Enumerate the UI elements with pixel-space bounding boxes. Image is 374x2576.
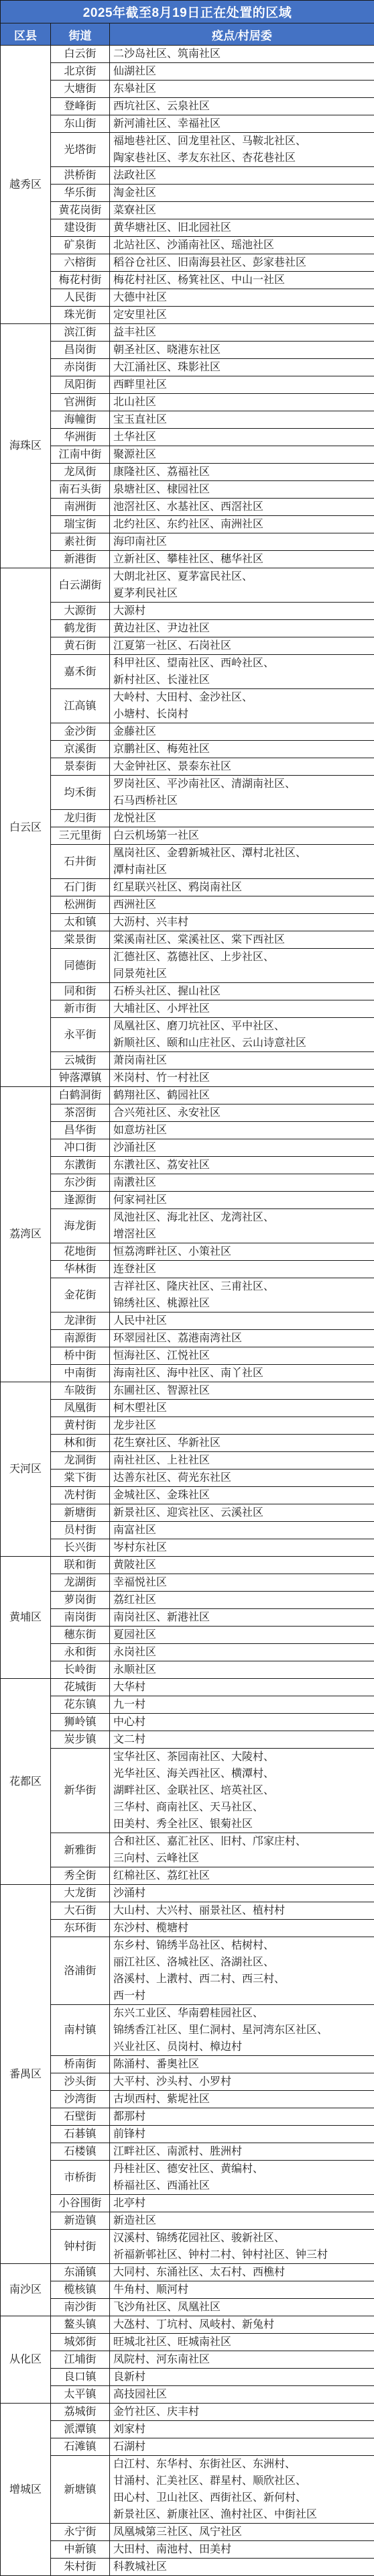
table-row: 良口镇良新村 <box>1 2369 374 2386</box>
table-row: 均禾街罗岗社区、平沙南社区、清湖南社区、石马西桥社区 <box>1 776 374 810</box>
table-row: 南村镇东兴工业区、华南碧桂园社区、锦绣香江社区、里仁洞村、星河湾东区社区、兴业社… <box>1 2005 374 2056</box>
table-row: 黄石街江夏第一社区、石岗社区 <box>1 637 374 655</box>
table-title-row: 2025年截至8月19日正在处置的区域 <box>1 1 374 23</box>
places-cell: 棠溪南社区、棠溪社区、棠下西社区 <box>110 931 374 949</box>
street-cell: 赤岗街 <box>51 359 110 376</box>
street-cell: 华乐街 <box>51 185 110 202</box>
table-row: 南沙区东涌镇大同村、东涌社区、太石村、西樵村 <box>1 2264 374 2281</box>
street-cell: 南石头街 <box>51 481 110 499</box>
table-row: 同德街汇德社区、荔德社区、上步社区、同景苑社区 <box>1 949 374 983</box>
street-cell: 嘉禾街 <box>51 655 110 689</box>
places-cell: 土华社区 <box>110 429 374 446</box>
table-row: 黄花岗街菜寮社区 <box>1 202 374 219</box>
table-row: 江高镇大岭村、大田村、金沙社区、小塘村、长岗村 <box>1 689 374 723</box>
street-cell: 江南中街 <box>51 446 110 464</box>
table-row: 新雅街合和社区、嘉汇社区、旧村、邝家庄村、三向村、云峰社区 <box>1 1833 374 1867</box>
places-cell: 荔红社区 <box>110 1592 374 1609</box>
places-cell: 新河浦社区、幸福社区 <box>110 115 374 133</box>
district-cell: 天河区 <box>1 1382 51 1557</box>
table-row: 小谷围街北亭村 <box>1 2195 374 2212</box>
places-cell: 西坑社区、云泉社区 <box>110 98 374 115</box>
places-cell: 海印南社区 <box>110 533 374 551</box>
street-cell: 东山街 <box>51 115 110 133</box>
table-row: 增城区荔城街金竹社区、庆丰村 <box>1 2404 374 2421</box>
street-cell: 登峰街 <box>51 98 110 115</box>
table-row: 桥中街恒海社区、江悦社区 <box>1 1347 374 1365</box>
places-cell: 幸福悦社区 <box>110 1574 374 1592</box>
street-cell: 大源街 <box>51 603 110 620</box>
street-cell: 沙湾街 <box>51 2091 110 2108</box>
street-cell: 白云街 <box>51 46 110 63</box>
page-title: 2025年截至8月19日正在处置的区域 <box>1 1 374 23</box>
street-cell: 鳌头镇 <box>51 2316 110 2334</box>
street-cell: 良口镇 <box>51 2369 110 2386</box>
table-row: 云城街萧岗南社区 <box>1 1052 374 1070</box>
table-row: 新造镇新造社区 <box>1 2212 374 2230</box>
street-cell: 官洲街 <box>51 394 110 411</box>
table-row: 龙凤街康隆社区、荔福社区 <box>1 464 374 481</box>
street-cell: 永宁街 <box>51 2524 110 2541</box>
street-cell: 棠下街 <box>51 1470 110 1487</box>
table-row: 南岗街南岗社区、新港社区 <box>1 1609 374 1627</box>
street-cell: 南岗街 <box>51 1609 110 1627</box>
street-cell: 派潭镇 <box>51 2421 110 2438</box>
table-row: 花都区花城街大华村 <box>1 1679 374 1696</box>
street-cell: 茶滘街 <box>51 1104 110 1122</box>
col-header-street: 街道 <box>51 23 110 46</box>
district-cell: 南沙区 <box>1 2264 51 2316</box>
table-row: 昌华街如意坊社区 <box>1 1122 374 1139</box>
places-cell: 江畔社区、南派村、胜洲村 <box>110 2143 374 2161</box>
places-cell: 北山社区 <box>110 394 374 411</box>
places-cell: 都那村 <box>110 2108 374 2126</box>
table-row: 海珠区滨江街益丰社区 <box>1 324 374 342</box>
table-row: 花地街恒荔湾畔社区、小策社区 <box>1 1243 374 1261</box>
places-cell: 高技园社区 <box>110 2386 374 2404</box>
places-cell: 文二村 <box>110 1731 374 1749</box>
street-cell: 六榕街 <box>51 254 110 272</box>
street-cell: 南村镇 <box>51 2005 110 2056</box>
street-cell: 太平镇 <box>51 2386 110 2404</box>
table-row: 石楼镇江畔社区、南派村、胜洲村 <box>1 2143 374 2161</box>
street-cell: 龙凤街 <box>51 464 110 481</box>
table-row: 市桥街丹桂社区、德安社区、黄编村、桥福社区、西涌社区 <box>1 2161 374 2195</box>
street-cell: 钟村街 <box>51 2230 110 2264</box>
places-cell: 康隆社区、荔福社区 <box>110 464 374 481</box>
disposal-areas-table: 2025年截至8月19日正在处置的区域 区县 街道 疫点/村居委 越秀区白云街二… <box>0 0 374 2576</box>
street-cell: 棠景街 <box>51 931 110 949</box>
places-cell: 合和社区、嘉汇社区、旧村、邝家庄村、三向村、云峰社区 <box>110 1833 374 1867</box>
places-cell: 飞沙角社区、凤凰社区 <box>110 2299 374 2316</box>
table-row: 新华街宝华社区、茶园南社区、大陵村、光华社区、海关西社区、横潭村、湖畔社区、金联… <box>1 1749 374 1833</box>
street-cell: 石门街 <box>51 879 110 896</box>
table-row: 石碁镇前锋村 <box>1 2126 374 2143</box>
places-cell: 达善东社区、荷光东社区 <box>110 1470 374 1487</box>
places-cell: 立新社区、攀桂社区、穗华社区 <box>110 551 374 568</box>
places-cell: 金城社区、金珠社区 <box>110 1487 374 1504</box>
places-cell: 东皋社区 <box>110 81 374 98</box>
table-row: 华洲街土华社区 <box>1 429 374 446</box>
street-cell: 新华街 <box>51 1749 110 1833</box>
places-cell: 大岭村、大田村、金沙社区、小塘村、长岗村 <box>110 689 374 723</box>
street-cell: 黄花岗街 <box>51 202 110 219</box>
places-cell: 大德中社区 <box>110 289 374 307</box>
places-cell: 大源村 <box>110 603 374 620</box>
street-cell: 白鹤洞街 <box>51 1087 110 1104</box>
places-cell: 池滘社区、水基社区、西滘社区 <box>110 499 374 516</box>
street-cell: 东漖街 <box>51 1157 110 1174</box>
street-cell: 花城街 <box>51 1679 110 1696</box>
places-cell: 大田村、南池村、田美村 <box>110 2541 374 2559</box>
table-row: 萝岗街荔红社区 <box>1 1592 374 1609</box>
places-cell: 沙涌社区 <box>110 1139 374 1157</box>
street-cell: 珠光街 <box>51 307 110 324</box>
column-header-row: 区县 街道 疫点/村居委 <box>1 23 374 46</box>
places-cell: 新景社区、迎宾社区、云溪社区 <box>110 1504 374 1522</box>
street-cell: 石碁镇 <box>51 2126 110 2143</box>
table-row: 新市街大埔社区、小坪社区 <box>1 1000 374 1018</box>
table-row: 六榕街稻谷仓社区、旧南海县社区、彭家巷社区 <box>1 254 374 272</box>
table-body: 越秀区白云街二沙岛社区、筑南社区北京街仙湖社区大塘街东皋社区登峰街西坑社区、云泉… <box>1 46 374 2576</box>
street-cell: 东沙街 <box>51 1174 110 1192</box>
table-row: 桥南街陈涌村、番奥社区 <box>1 2056 374 2073</box>
street-cell: 黄村街 <box>51 1417 110 1435</box>
street-cell: 滨江街 <box>51 324 110 342</box>
street-cell: 人民街 <box>51 289 110 307</box>
places-cell: 梅花村社区、杨箕社区、中山一社区 <box>110 272 374 289</box>
places-cell: 刘家村 <box>110 2421 374 2438</box>
street-cell: 秀全街 <box>51 1867 110 1885</box>
places-cell: 萧岗南社区 <box>110 1052 374 1070</box>
places-cell: 福地巷社区、回龙里社区、马鞍北社区、陶家巷社区、孝友东社区、杏花巷社区 <box>110 133 374 167</box>
street-cell: 石壁街 <box>51 2108 110 2126</box>
district-cell: 越秀区 <box>1 46 51 324</box>
places-cell: 科甲社区、望南社区、西岭社区、新村社区、长湴社区 <box>110 655 374 689</box>
street-cell: 花东镇 <box>51 1696 110 1714</box>
street-cell: 龙津街 <box>51 1312 110 1330</box>
places-cell: 古坝西村、紫坭社区 <box>110 2091 374 2108</box>
district-cell: 花都区 <box>1 1679 51 1885</box>
places-cell: 南富社区 <box>110 1522 374 1539</box>
places-cell: 金藤社区 <box>110 723 374 741</box>
table-row: 沙湾街古坝西村、紫坭社区 <box>1 2091 374 2108</box>
table-row: 沙头街大平村、沙头村、小罗村 <box>1 2073 374 2091</box>
places-cell: 中心村 <box>110 1714 374 1731</box>
places-cell: 东圃社区、智源社区 <box>110 1382 374 1400</box>
col-header-places: 疫点/村居委 <box>110 23 374 46</box>
places-cell: 凰岗社区、金碧新城社区、潭村北社区、潭村南社区 <box>110 845 374 879</box>
street-cell: 建设街 <box>51 219 110 237</box>
table-row: 东环街东沙村、榄塘村 <box>1 1920 374 1937</box>
street-cell: 三元里街 <box>51 827 110 845</box>
table-row: 建设街黄华塘社区、旧北园社区 <box>1 219 374 237</box>
places-cell: 环翠园社区、荔港南湾社区 <box>110 1330 374 1347</box>
street-cell: 车陂街 <box>51 1382 110 1400</box>
table-row: 中新镇大田村、南池村、田美村 <box>1 2541 374 2559</box>
street-cell: 新雅街 <box>51 1833 110 1867</box>
table-row: 番禺区大龙街沙涌村 <box>1 1885 374 1902</box>
district-cell: 荔湾区 <box>1 1087 51 1382</box>
street-cell: 萝岗街 <box>51 1592 110 1609</box>
table-row: 龙津街人民中社区 <box>1 1312 374 1330</box>
street-cell: 新塘街 <box>51 1504 110 1522</box>
places-cell: 海南社区、海中社区、南丫社区 <box>110 1365 374 1382</box>
table-row: 逢源街何家祠社区 <box>1 1192 374 1209</box>
table-row: 新港街立新社区、攀桂社区、穗华社区 <box>1 551 374 568</box>
places-cell: 江夏第一社区、石岗社区 <box>110 637 374 655</box>
table-row: 林和街花生寮社区、华新社区 <box>1 1435 374 1452</box>
street-cell: 金沙街 <box>51 723 110 741</box>
places-cell: 龙悦社区 <box>110 810 374 827</box>
street-cell: 东环街 <box>51 1920 110 1937</box>
places-cell: 米岗村、竹一村社区 <box>110 1070 374 1087</box>
street-cell: 新造镇 <box>51 2212 110 2230</box>
places-cell: 南漖社区 <box>110 1174 374 1192</box>
street-cell: 景泰街 <box>51 758 110 776</box>
table-row: 越秀区白云街二沙岛社区、筑南社区 <box>1 46 374 63</box>
table-row: 大塘街东皋社区 <box>1 81 374 98</box>
places-cell: 淘金社区 <box>110 185 374 202</box>
district-cell: 黄埔区 <box>1 1557 51 1679</box>
table-row: 新塘镇白江村、东华村、东街社区、东洲村、甘涌村、汇美社区、群星村、顺欣社区、田心… <box>1 2456 374 2524</box>
street-cell: 石楼镇 <box>51 2143 110 2161</box>
street-cell: 大塘街 <box>51 81 110 98</box>
street-cell: 洛浦街 <box>51 1937 110 2005</box>
street-cell: 江埔街 <box>51 2351 110 2369</box>
street-cell: 金花街 <box>51 1278 110 1312</box>
places-cell: 大平村、沙头村、小罗村 <box>110 2073 374 2091</box>
street-cell: 鹤龙街 <box>51 620 110 637</box>
places-cell: 汉溪村、锦绣花园社区、骏新社区、祈福新邨社区、钟村二村、钟村社区、钟三村 <box>110 2230 374 2264</box>
table-row: 东漖街东漖社区、荔安社区 <box>1 1157 374 1174</box>
table-row: 华林街连登社区 <box>1 1261 374 1278</box>
street-cell: 华林街 <box>51 1261 110 1278</box>
table-row: 龙湖街幸福悦社区 <box>1 1574 374 1592</box>
street-cell: 素社街 <box>51 533 110 551</box>
places-cell: 恒荔湾畔社区、小策社区 <box>110 1243 374 1261</box>
table-row: 海幢街宝玉直社区 <box>1 411 374 429</box>
places-cell: 吉祥社区、隆庆社区、三甫社区、锦绣社区、桃源社区 <box>110 1278 374 1312</box>
table-row: 梅花村街梅花村社区、杨箕社区、中山一社区 <box>1 272 374 289</box>
table-row: 冲口街沙涌社区 <box>1 1139 374 1157</box>
table-row: 永宁街凤凰城第三社区、凤宁社区 <box>1 2524 374 2541</box>
places-cell: 东兴工业区、华南碧桂园社区、锦绣香江社区、里仁洞村、星河湾东区社区、兴业社区、员… <box>110 2005 374 2056</box>
table-row: 长岭街永顺社区 <box>1 1661 374 1679</box>
places-cell: 恒海社区、江悦社区 <box>110 1347 374 1365</box>
table-row: 穗东街夏园社区 <box>1 1627 374 1644</box>
table-row: 同和街石桥头社区、握山社区 <box>1 983 374 1000</box>
street-cell: 梅花村街 <box>51 272 110 289</box>
places-cell: 龙步社区 <box>110 1417 374 1435</box>
col-header-district: 区县 <box>1 23 51 46</box>
street-cell: 炭步镇 <box>51 1731 110 1749</box>
places-cell: 凤凰社区、磨刀坑社区、平中社区、新顺社区、颐和山庄社区、云山诗意社区 <box>110 1018 374 1052</box>
street-cell: 石井街 <box>51 845 110 879</box>
table-row: 花东镇九一村 <box>1 1696 374 1714</box>
street-cell: 新塘镇 <box>51 2456 110 2524</box>
table-row: 北京街仙湖社区 <box>1 63 374 81</box>
table-row: 炭步镇文二村 <box>1 1731 374 1749</box>
places-cell: 黄华塘社区、旧北园社区 <box>110 219 374 237</box>
places-cell: 南社社区、上社社区 <box>110 1452 374 1470</box>
street-cell: 桥中街 <box>51 1347 110 1365</box>
table-row: 松洲街西洲社区 <box>1 896 374 914</box>
places-cell: 永岗社区 <box>110 1644 374 1661</box>
street-cell: 矿泉街 <box>51 237 110 254</box>
places-cell: 大朗北社区、夏茅富民社区、夏茅利民社区 <box>110 568 374 603</box>
street-cell: 狮岭镇 <box>51 1714 110 1731</box>
places-cell: 大沥村、兴丰村 <box>110 914 374 931</box>
street-cell: 永和街 <box>51 1644 110 1661</box>
table-row: 棠景街棠溪南社区、棠溪社区、棠下西社区 <box>1 931 374 949</box>
places-cell: 法政社区 <box>110 167 374 185</box>
places-cell: 东沙村、榄塘村 <box>110 1920 374 1937</box>
table-row: 光塔街福地巷社区、回龙里社区、马鞍北社区、陶家巷社区、孝友东社区、杏花巷社区 <box>1 133 374 167</box>
street-cell: 钟落潭镇 <box>51 1070 110 1087</box>
table-row: 人民街大德中社区 <box>1 289 374 307</box>
street-cell: 黄石街 <box>51 637 110 655</box>
street-cell: 花地街 <box>51 1243 110 1261</box>
street-cell: 海龙街 <box>51 1209 110 1243</box>
places-cell: 汇德社区、荔德社区、上步社区、同景苑社区 <box>110 949 374 983</box>
table-row: 太平镇高技园社区 <box>1 2386 374 2404</box>
places-cell: 沙涌村 <box>110 1885 374 1902</box>
places-cell: 红棉社区、荔红社区 <box>110 1867 374 1885</box>
places-cell: 大华村 <box>110 1679 374 1696</box>
table-row: 赤岗街大江涌社区、珠影社区 <box>1 359 374 376</box>
street-cell: 京溪街 <box>51 741 110 758</box>
street-cell: 中新镇 <box>51 2541 110 2559</box>
street-cell: 穗东街 <box>51 1627 110 1644</box>
places-cell: 陈涌村、番奥社区 <box>110 2056 374 2073</box>
places-cell: 宝玉直社区 <box>110 411 374 429</box>
street-cell: 冼村街 <box>51 1487 110 1504</box>
table-row: 石井街凰岗社区、金碧新城社区、潭村北社区、潭村南社区 <box>1 845 374 879</box>
street-cell: 林和街 <box>51 1435 110 1452</box>
places-cell: 宝华社区、茶园南社区、大陵村、光华社区、海关西社区、横潭村、湖畔社区、金联社区、… <box>110 1749 374 1833</box>
street-cell: 均禾街 <box>51 776 110 810</box>
table-row: 瑞宝街北约社区、东约社区、南洲社区 <box>1 516 374 533</box>
table-row: 金沙街金藤社区 <box>1 723 374 741</box>
places-cell: 定安里社区 <box>110 307 374 324</box>
street-cell: 中南街 <box>51 1365 110 1382</box>
table-row: 江埔街凤院村、河东南社区 <box>1 2351 374 2369</box>
places-cell: 科教城社区 <box>110 2559 374 2576</box>
street-cell: 市桥街 <box>51 2161 110 2195</box>
table-row: 长兴街岑村东社区 <box>1 1539 374 1557</box>
table-row: 矿泉街北站社区、沙涌南社区、瑶池社区 <box>1 237 374 254</box>
street-cell: 大龙街 <box>51 1885 110 1902</box>
places-cell: 如意坊社区 <box>110 1122 374 1139</box>
street-cell: 松洲街 <box>51 896 110 914</box>
street-cell: 瑞宝街 <box>51 516 110 533</box>
places-cell: 何家祠社区 <box>110 1192 374 1209</box>
table-row: 棠下街达善东社区、荷光东社区 <box>1 1470 374 1487</box>
street-cell: 同德街 <box>51 949 110 983</box>
street-cell: 冲口街 <box>51 1139 110 1157</box>
table-row: 黄村街龙步社区 <box>1 1417 374 1435</box>
places-cell: 花生寮社区、华新社区 <box>110 1435 374 1452</box>
street-cell: 石滩镇 <box>51 2438 110 2456</box>
places-cell: 良新村 <box>110 2369 374 2386</box>
table-row: 东沙街南漖社区 <box>1 1174 374 1192</box>
table-row: 三元里街白云机场第一社区 <box>1 827 374 845</box>
table-row: 派潭镇刘家村 <box>1 2421 374 2438</box>
places-cell: 北站社区、沙涌南社区、瑶池社区 <box>110 237 374 254</box>
places-cell: 岑村东社区 <box>110 1539 374 1557</box>
table-row: 大源街大源村 <box>1 603 374 620</box>
street-cell: 员村街 <box>51 1522 110 1539</box>
street-cell: 大石街 <box>51 1902 110 1920</box>
street-cell: 昌华街 <box>51 1122 110 1139</box>
street-cell: 新市街 <box>51 1000 110 1018</box>
table-row: 洛浦街东乡村、锦绣半岛社区、桔树村、丽江社区、洛城社区、洛湖社区、洛溪村、上漖村… <box>1 1937 374 2005</box>
table-row: 洪桥街法政社区 <box>1 167 374 185</box>
places-cell: 凤院村、河东南社区 <box>110 2351 374 2369</box>
table-row: 素社街海印南社区 <box>1 533 374 551</box>
street-cell: 南洲街 <box>51 499 110 516</box>
places-cell: 石湖村 <box>110 2438 374 2456</box>
places-cell: 凤池社区、海北社区、龙湾社区、增滘社区 <box>110 1209 374 1243</box>
places-cell: 聚源社区 <box>110 446 374 464</box>
street-cell: 荔城街 <box>51 2404 110 2421</box>
street-cell: 光塔街 <box>51 133 110 167</box>
table-row: 钟村街汉溪村、锦绣花园社区、骏新社区、祈福新邨社区、钟村二村、钟村社区、钟三村 <box>1 2230 374 2264</box>
street-cell: 南源街 <box>51 1330 110 1347</box>
street-cell: 新港街 <box>51 551 110 568</box>
places-cell: 永顺社区 <box>110 1661 374 1679</box>
table-row: 华乐街淘金社区 <box>1 185 374 202</box>
table-row: 黄埔区联和街黄陂社区 <box>1 1557 374 1574</box>
street-cell: 小谷围街 <box>51 2195 110 2212</box>
table-row: 冼村街金城社区、金珠社区 <box>1 1487 374 1504</box>
table-row: 江南中街聚源社区 <box>1 446 374 464</box>
table-row: 钟落潭镇米岗村、竹一村社区 <box>1 1070 374 1087</box>
table-row: 石门街红星联兴社区、鸦岗南社区 <box>1 879 374 896</box>
places-cell: 仙湖社区 <box>110 63 374 81</box>
places-cell: 大山村、大兴村、丽景社区、植村村 <box>110 1902 374 1920</box>
table-row: 海龙街凤池社区、海北社区、龙湾社区、增滘社区 <box>1 1209 374 1243</box>
table-row: 金花街吉祥社区、隆庆社区、三甫社区、锦绣社区、桃源社区 <box>1 1278 374 1312</box>
places-cell: 北约社区、东约社区、南洲社区 <box>110 516 374 533</box>
table-row: 石壁街都那村 <box>1 2108 374 2126</box>
table-row: 中南街海南社区、海中社区、南丫社区 <box>1 1365 374 1382</box>
street-cell: 长兴街 <box>51 1539 110 1557</box>
table-row: 鹤龙街黄边社区、尹边社区 <box>1 620 374 637</box>
table-row: 永和街永岗社区 <box>1 1644 374 1661</box>
street-cell: 南沙街 <box>51 2299 110 2316</box>
table-row: 石滩镇石湖村 <box>1 2438 374 2456</box>
table-row: 天河区车陂街东圃社区、智源社区 <box>1 1382 374 1400</box>
table-row: 朱村街科教城社区 <box>1 2559 374 2576</box>
street-cell: 城郊街 <box>51 2334 110 2351</box>
table-row: 龙洞街南社社区、上社社区 <box>1 1452 374 1470</box>
places-cell: 白江村、东华村、东街社区、东洲村、甘涌村、汇美社区、群星村、顺欣社区、田心村、卫… <box>110 2456 374 2524</box>
street-cell: 昌岗街 <box>51 342 110 359</box>
table-row: 狮岭镇中心村 <box>1 1714 374 1731</box>
table-row: 茶滘街合兴苑社区、永安社区 <box>1 1104 374 1122</box>
places-cell: 鹤翔社区、鹤园社区 <box>110 1087 374 1104</box>
street-cell: 北京街 <box>51 63 110 81</box>
places-cell: 二沙岛社区、筑南社区 <box>110 46 374 63</box>
places-cell: 泉塘社区、棣园社区 <box>110 481 374 499</box>
table-row: 新塘街新景社区、迎宾社区、云溪社区 <box>1 1504 374 1522</box>
places-cell: 黄边社区、尹边社区 <box>110 620 374 637</box>
table-row: 东山街新河浦社区、幸福社区 <box>1 115 374 133</box>
table-row: 昌岗街朝圣社区、晓港东社区 <box>1 342 374 359</box>
street-cell: 凤凰街 <box>51 1400 110 1417</box>
street-cell: 联和街 <box>51 1557 110 1574</box>
